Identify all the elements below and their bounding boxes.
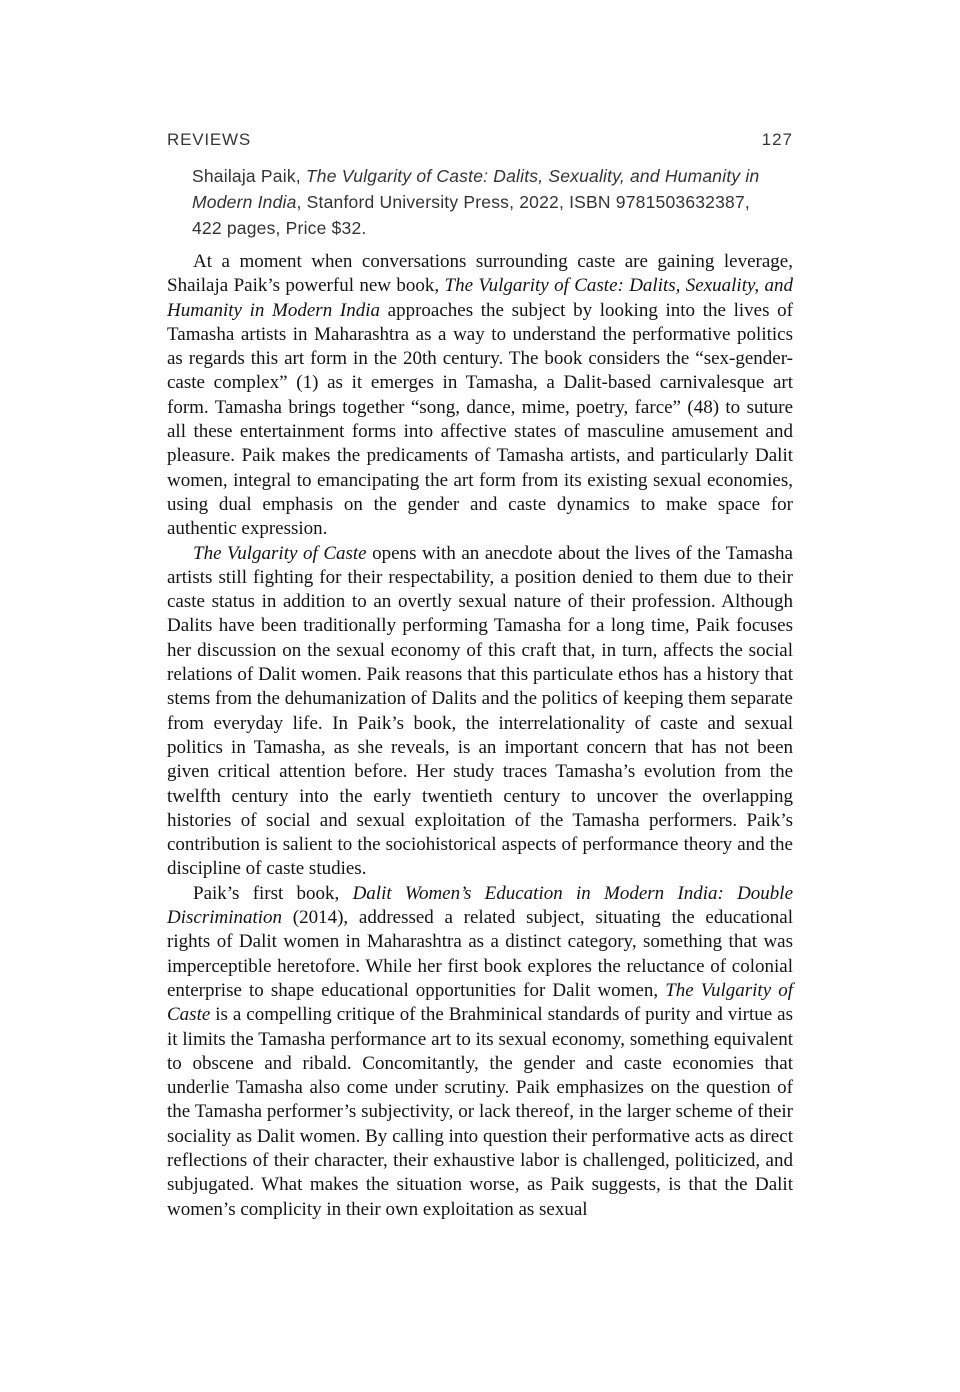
paragraph: The Vulgarity of Caste opens with an ane… xyxy=(167,542,793,882)
text-segment: Paik’s first book, xyxy=(193,883,353,904)
review-body-text: At a moment when conversations surroundi… xyxy=(167,250,793,1222)
running-header: REVIEWS 127 xyxy=(167,130,793,150)
book-title-italic: The Vulgarity of Caste xyxy=(193,543,367,564)
page-content-column: REVIEWS 127 Shailaja Paik, The Vulgarity… xyxy=(167,130,793,1222)
book-citation: Shailaja Paik, The Vulgarity of Caste: D… xyxy=(192,163,772,241)
text-segment: opens with an anecdote about the lives o… xyxy=(167,543,793,880)
paragraph: At a moment when conversations surroundi… xyxy=(167,250,793,542)
text-segment: approaches the subject by looking into t… xyxy=(167,300,793,540)
page-number: 127 xyxy=(762,130,793,150)
paragraph: Paik’s first book, Dalit Women’s Educati… xyxy=(167,882,793,1222)
text-segment: Shailaja Paik, xyxy=(192,166,306,186)
running-header-section-title: REVIEWS xyxy=(167,130,251,150)
text-segment: is a compelling critique of the Brahmini… xyxy=(167,1004,793,1219)
journal-page: REVIEWS 127 Shailaja Paik, The Vulgarity… xyxy=(0,0,960,1392)
